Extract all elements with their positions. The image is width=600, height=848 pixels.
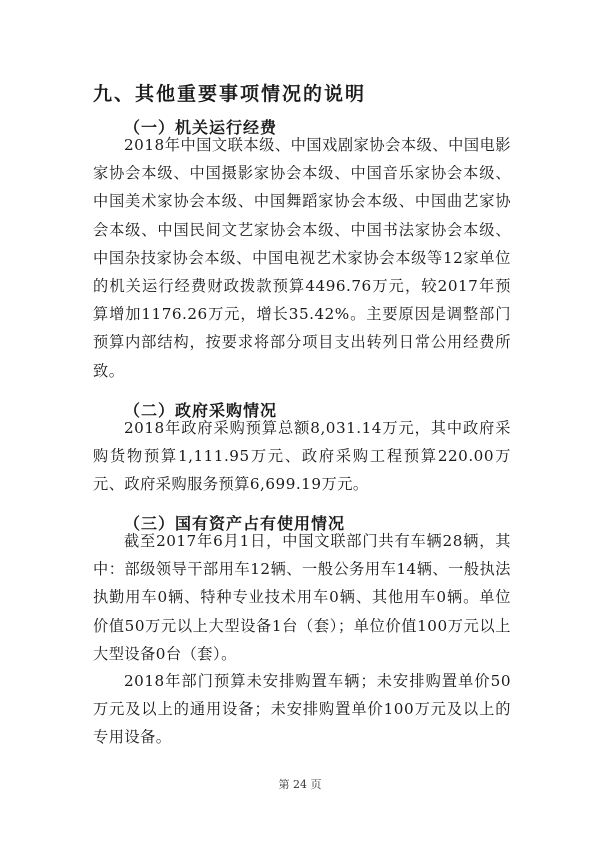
paragraph-operating-expenses: 2018年中国文联本级、中国戏剧家协会本级、中国电影家协会本级、中国摄影家协会本… (93, 131, 511, 385)
section-title: 九、其他重要事项情况的说明 (93, 79, 366, 106)
page-number: 第 24 页 (0, 776, 600, 792)
paragraph-purchase-plan: 2018年部门预算未安排购置车辆；未安排购置单价50万元及以上的通用设备；未安排… (93, 667, 511, 752)
paragraph-state-assets: 截至2017年6月1日，中国文联部门共有车辆28辆，其中：部级领导干部用车12辆… (93, 527, 511, 668)
paragraph-government-procurement: 2018年政府采购预算总额8,031.14万元，其中政府采购货物预算1,111.… (93, 414, 511, 499)
document-page: 九、其他重要事项情况的说明 （一）机关运行经费 2018年中国文联本级、中国戏剧… (0, 0, 600, 848)
